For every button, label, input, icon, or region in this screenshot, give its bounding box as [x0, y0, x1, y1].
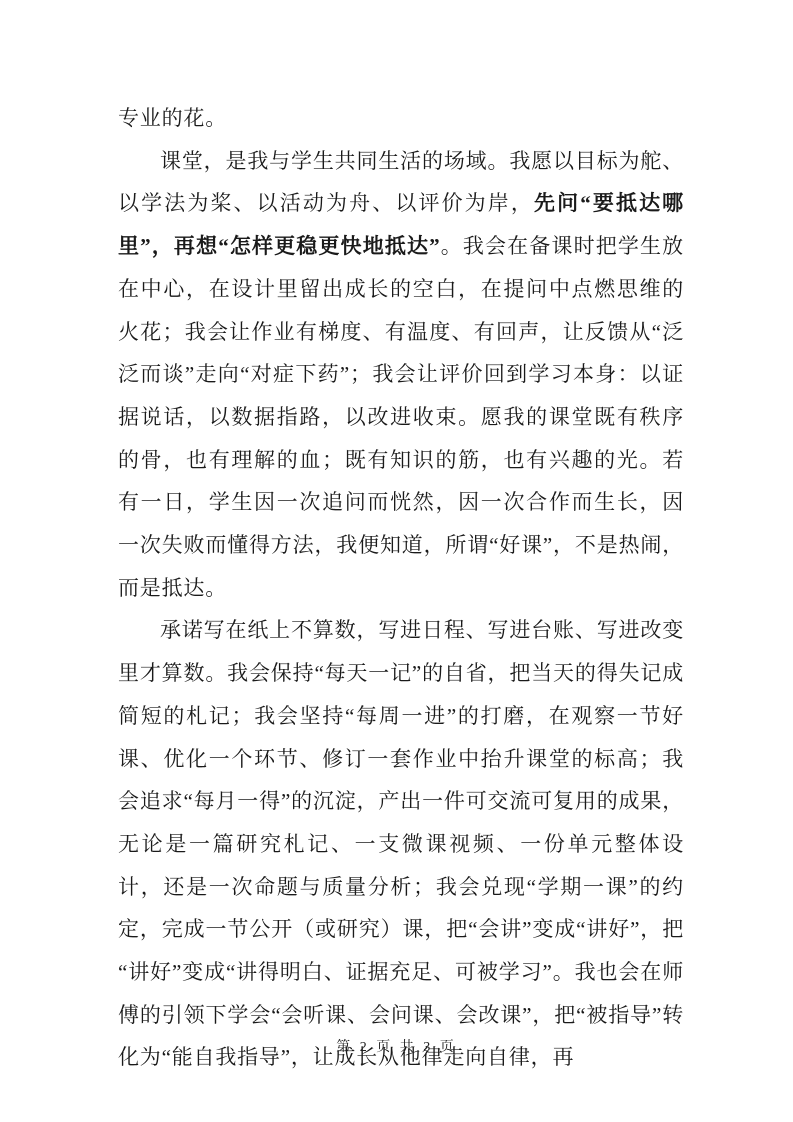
- paragraph: 专业的花。: [118, 97, 684, 140]
- text-run: 承诺写在纸上不算数，写进日程、写进台账、写进改变里才算数。我会保持“每天一记”的…: [118, 618, 684, 1069]
- text-run: 。我会在备课时把学生放在中心，在设计里留出成长的空白，在提问中点燃思维的火花；我…: [118, 234, 684, 600]
- document-page: 专业的花。课堂，是我与学生共同生活的场域。我愿以目标为舵、以学法为桨、以活动为舟…: [0, 0, 793, 1122]
- paragraph: 承诺写在纸上不算数，写进日程、写进台账、写进改变里才算数。我会保持“每天一记”的…: [118, 609, 684, 1079]
- text-run: 专业的花。: [118, 106, 227, 130]
- page-number-footer: 第 2 页 共 3 页: [0, 1036, 793, 1056]
- document-body: 专业的花。课堂，是我与学生共同生活的场域。我愿以目标为舵、以学法为桨、以活动为舟…: [118, 97, 684, 1079]
- paragraph: 课堂，是我与学生共同生活的场域。我愿以目标为舵、以学法为桨、以活动为舟、以评价为…: [118, 140, 684, 610]
